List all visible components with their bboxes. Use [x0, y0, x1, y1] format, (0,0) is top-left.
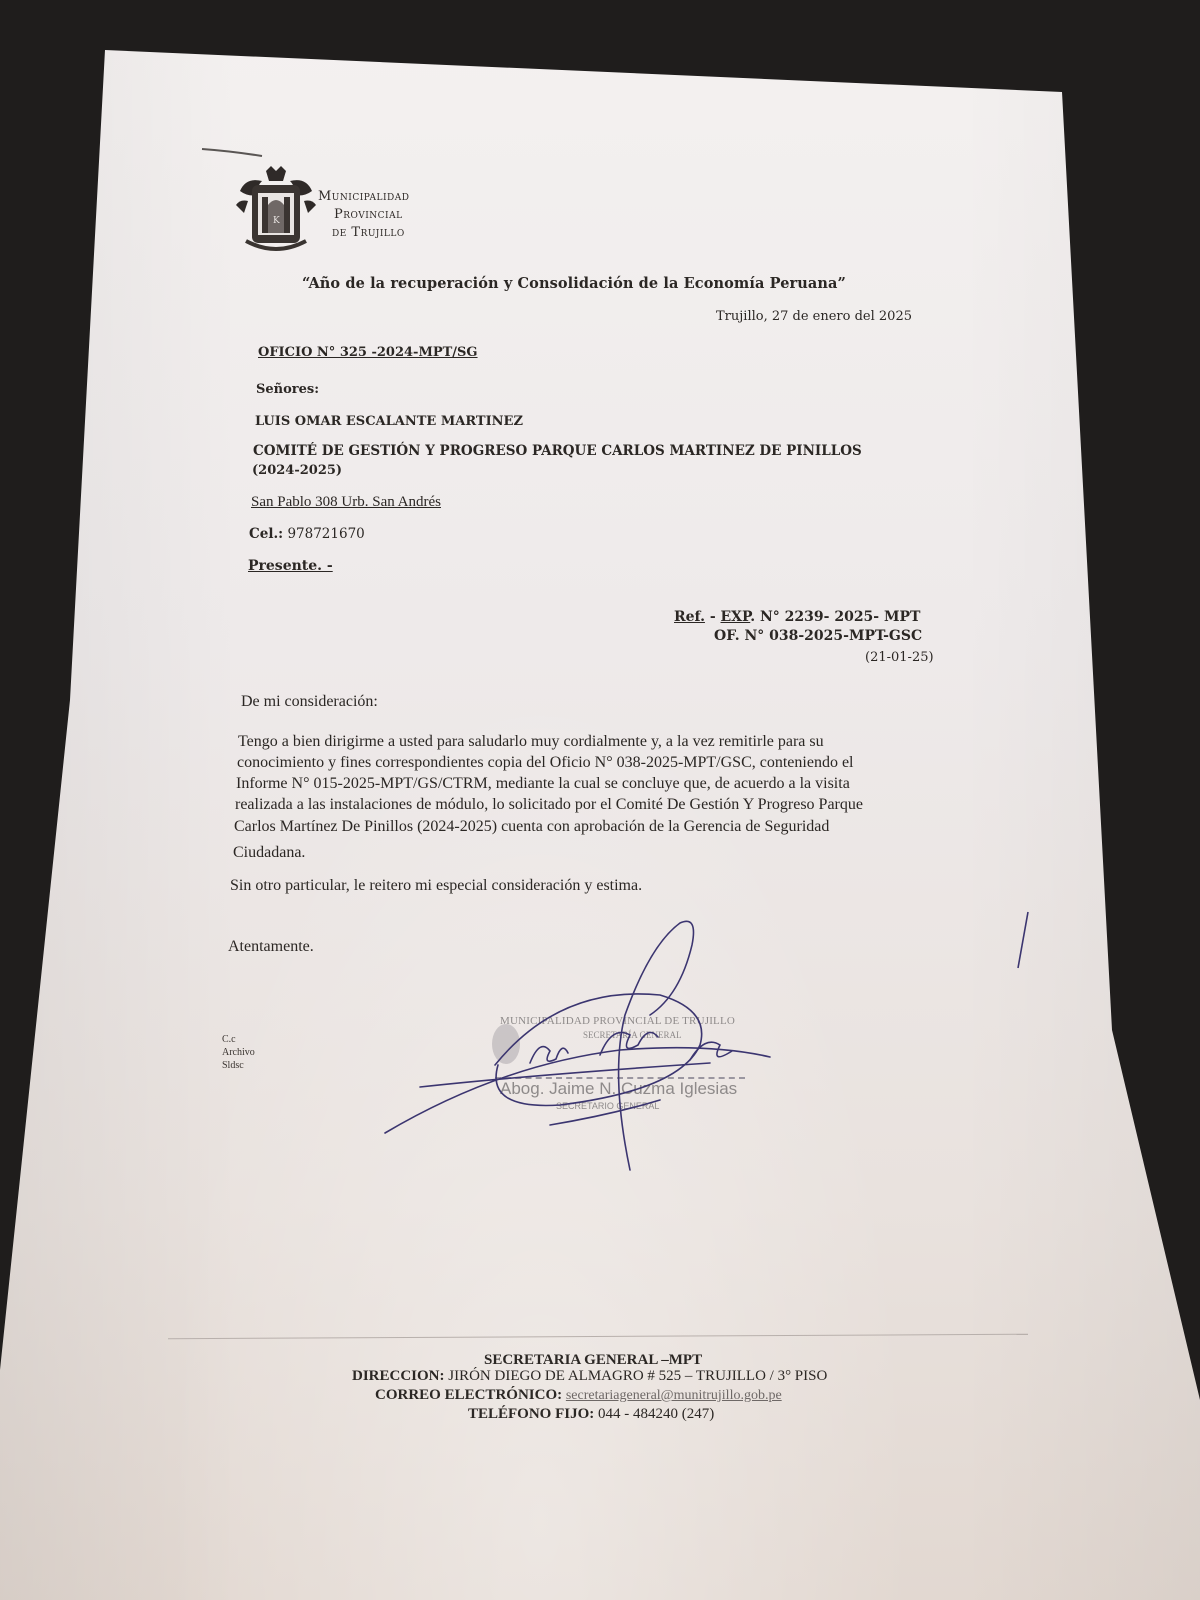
closing-line: Sin otro particular, le reitero mi espec… [230, 877, 642, 895]
recipient-organization-period: (2024-2025) [252, 463, 342, 478]
email-link[interactable]: secretariageneral@munitrujillo.gob.pe [566, 1388, 782, 1403]
body-line: Tengo a bien dirigirme a usted para salu… [238, 733, 824, 751]
pen-mark [1010, 910, 1030, 970]
reference-oficio: OF. N° 038-2025-MPT-GSC [714, 628, 922, 644]
body-line: Carlos Martínez De Pinillos (2024-2025) … [234, 818, 829, 836]
footer-title: SECRETARIA GENERAL –MPT [484, 1352, 702, 1369]
handwritten-signature [380, 915, 780, 1175]
body-line: Ciudadana. [233, 844, 305, 862]
sign-off: Atentamente. [228, 938, 314, 956]
letter-date: Trujillo, 27 de enero del 2025 [716, 309, 912, 324]
reference-date: (21-01-25) [865, 650, 934, 665]
carbon-copy-list: C.c Archivo Sldsc [222, 1033, 255, 1072]
reference-expediente: Ref. - EXP. N° 2239- 2025- MPT [674, 609, 920, 625]
oficio-number: OFICIO N° 325 -2024-MPT/SG [258, 345, 478, 360]
municipality-name: Municipalidad Provincial de Trujillo [318, 188, 409, 242]
presente-label: Presente. - [248, 558, 333, 574]
footer-email: CORREO ELECTRÓNICO: secretariageneral@mu… [375, 1387, 782, 1404]
coat-of-arms-icon: K [236, 165, 316, 253]
recipient-phone: Cel.: 978721670 [249, 526, 365, 542]
recipient-organization: COMITÉ DE GESTIÓN Y PROGRESO PARQUE CARL… [253, 443, 862, 459]
staple-icon [200, 145, 266, 159]
recipient-address: San Pablo 308 Urb. San Andrés [251, 494, 441, 511]
footer-address: DIRECCION: JIRÓN DIEGO DE ALMAGRO # 525 … [352, 1368, 827, 1385]
year-motto: “Año de la recuperación y Consolidación … [302, 275, 846, 292]
body-line: realizada a las instalaciones de módulo,… [235, 796, 863, 814]
body-line: Informe N° 015-2025-MPT/GS/CTRM, mediant… [236, 775, 850, 793]
salutation: Señores: [256, 382, 319, 397]
footer-phone: TELÉFONO FIJO: 044 - 484240 (247) [468, 1406, 714, 1423]
body-line: conocimiento y fines correspondientes co… [237, 754, 853, 772]
greeting: De mi consideración: [241, 693, 378, 711]
svg-text:K: K [273, 216, 280, 226]
recipient-name: LUIS OMAR ESCALANTE MARTINEZ [255, 414, 523, 429]
